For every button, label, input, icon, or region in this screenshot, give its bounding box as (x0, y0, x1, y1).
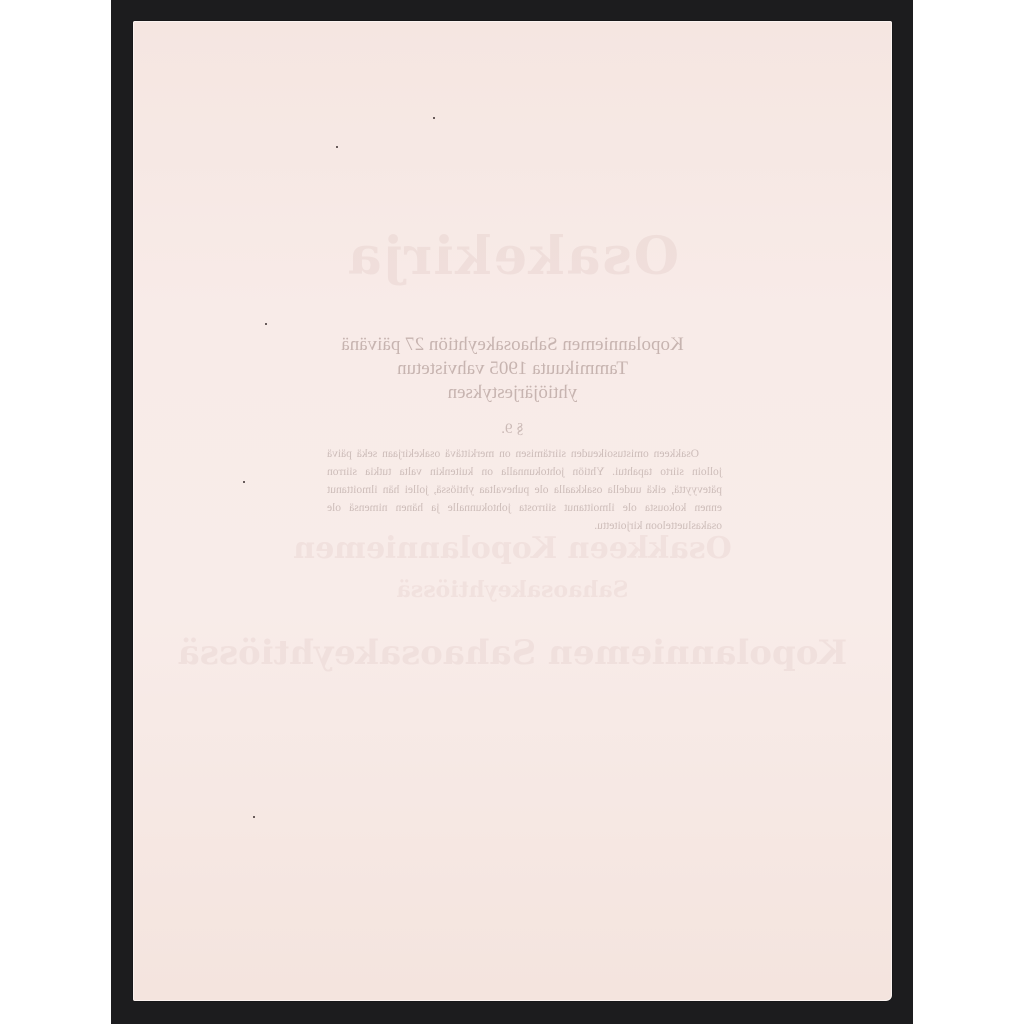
paper-speck (243, 481, 245, 483)
statute-line: yhtiöjärjestyksen (133, 381, 892, 405)
paper-speck (433, 117, 435, 119)
ghost-title: Osakekirja (133, 226, 892, 287)
ghost-line: Sahaosakeyhtiössä (133, 577, 892, 603)
paper-speck (265, 323, 267, 325)
statute-line: Tammikuuta 1905 vahvistetun (133, 357, 892, 381)
statute-heading: Kopolanniemen Sahaosakeyhtiön 27 päivänä… (133, 333, 892, 405)
paper-speck (253, 816, 255, 818)
certificate-paper: Osakekirja Kopolanniemen Sahaosakeyhtiön… (133, 21, 892, 1001)
section-mark: § 9. (133, 421, 892, 438)
mirrored-bleed-through: Osakekirja Kopolanniemen Sahaosakeyhtiön… (133, 21, 892, 1001)
ghost-line: Osakkeen Kopolanniemen (133, 531, 892, 566)
statute-paragraph: Osakkeen omistusoikeuden siirtämisen on … (327, 445, 722, 535)
paper-speck (336, 146, 338, 148)
ghost-line: Kopolanniemen Sahaosakeyhtiössä (133, 633, 892, 673)
statute-line: Kopolanniemen Sahaosakeyhtiön 27 päivänä (133, 333, 892, 357)
